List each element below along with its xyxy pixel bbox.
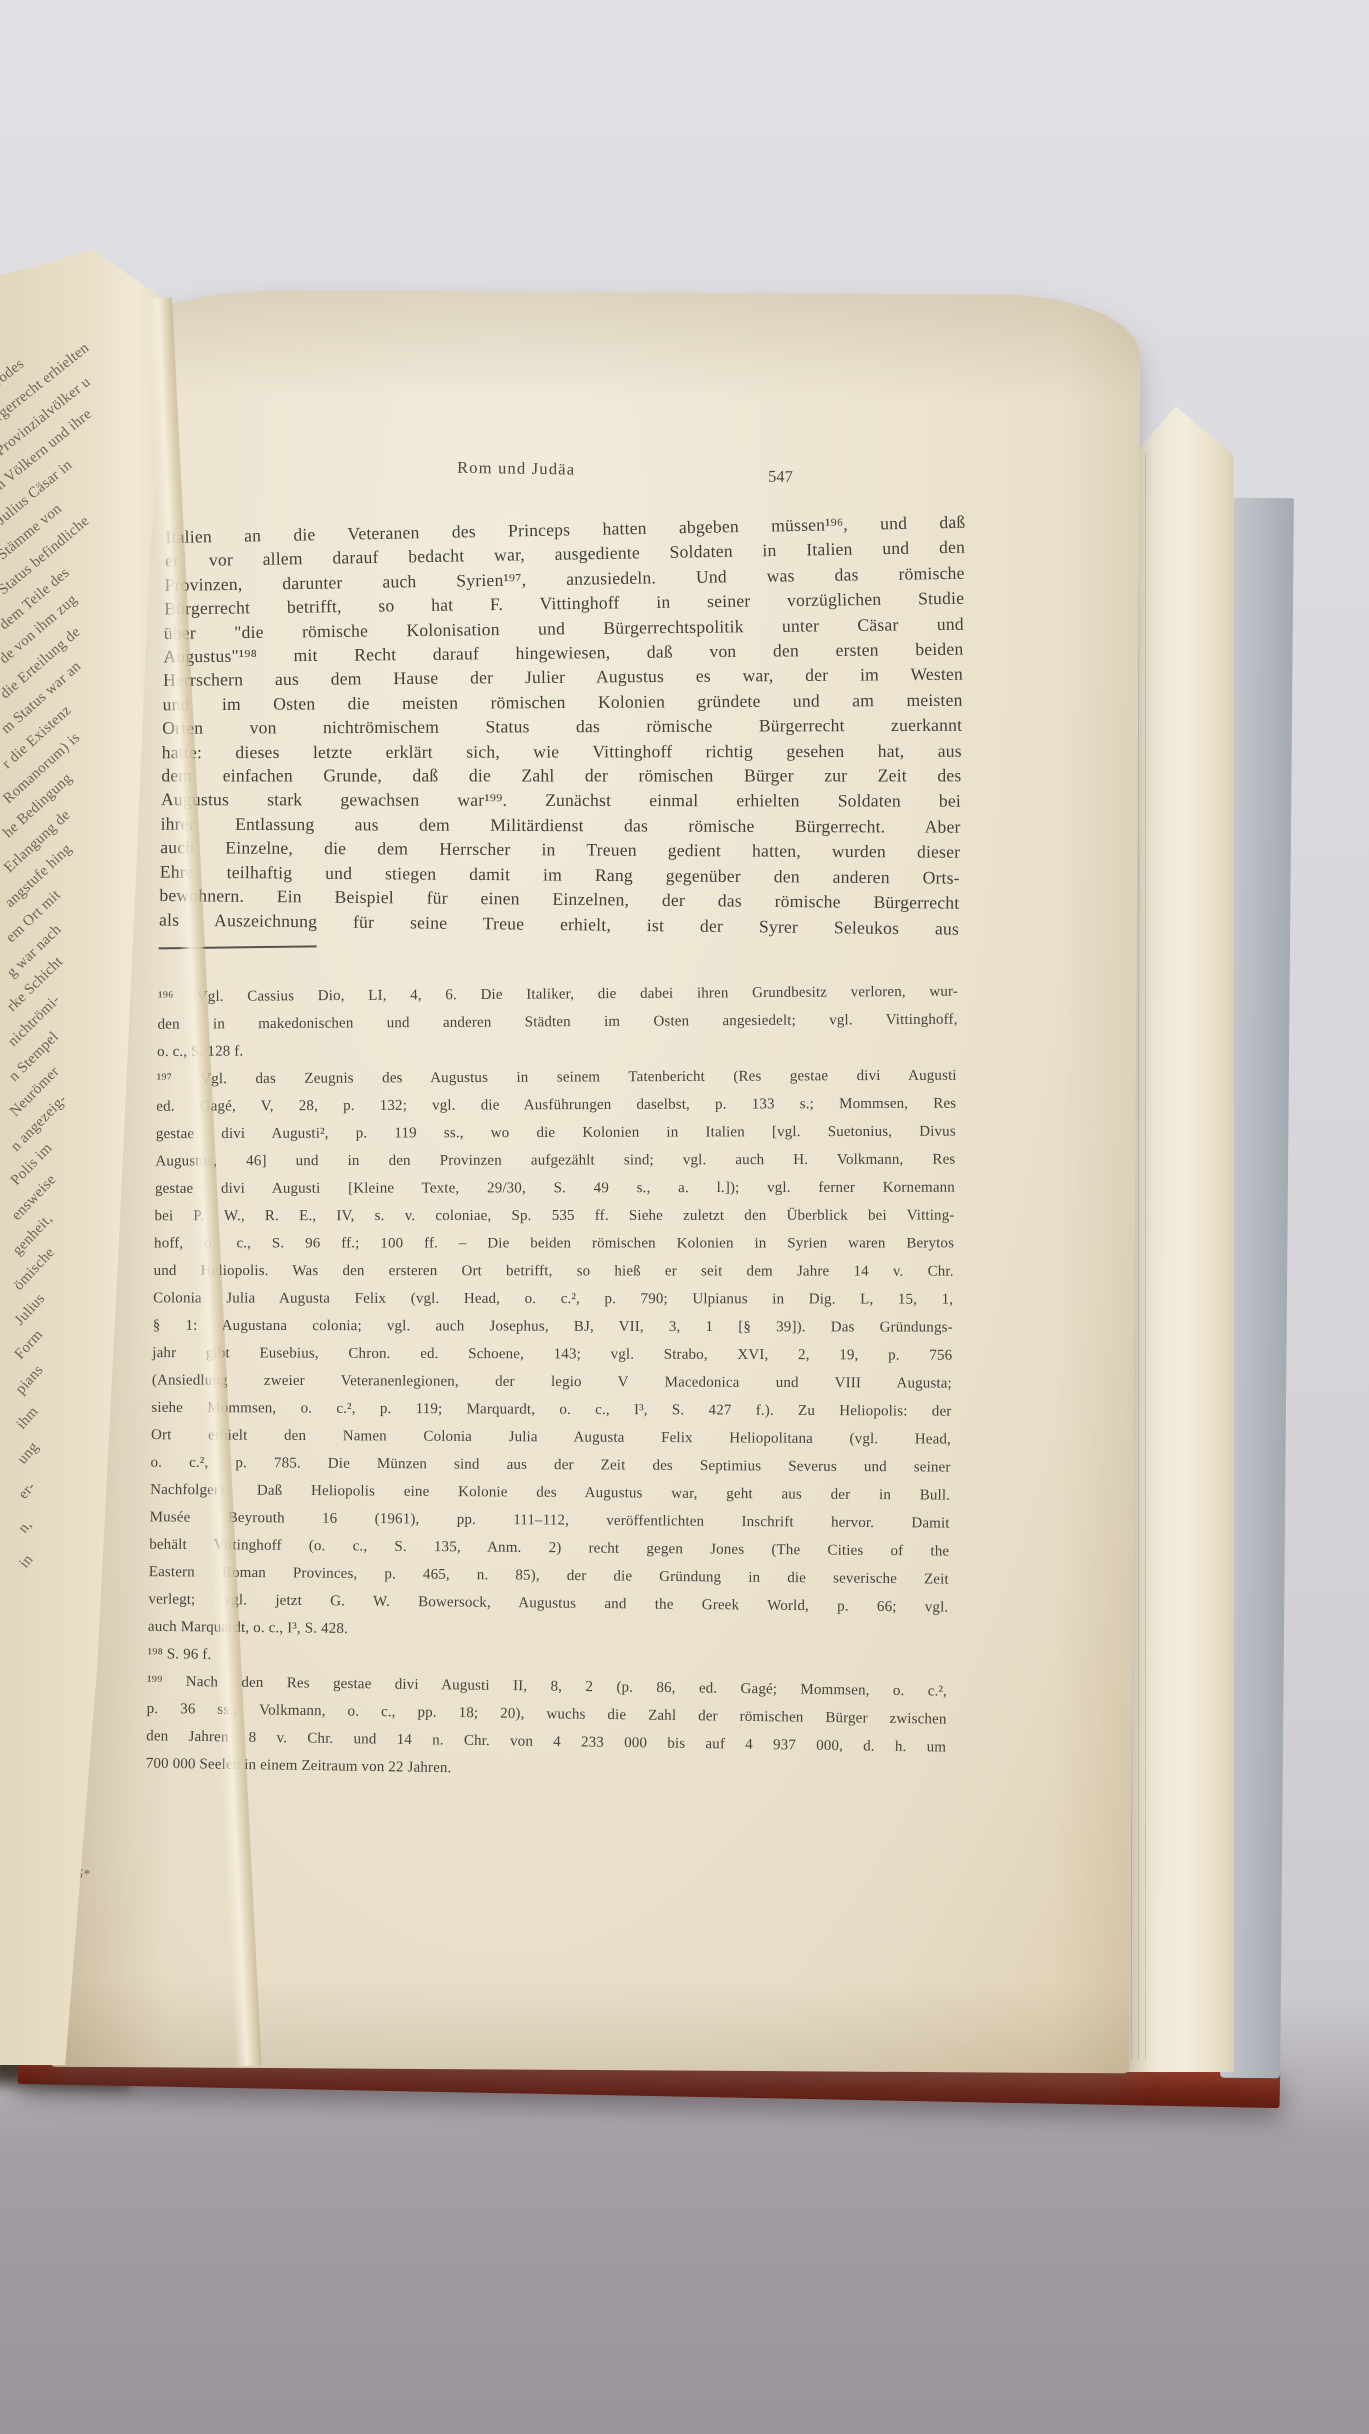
footnote-line: Colonia Julia Augusta Felix (vgl. Head, … <box>153 1284 953 1313</box>
footnote-line: und Heliopolis. Was den ersteren Ort bet… <box>154 1257 954 1286</box>
left-page-text-fragment: Form <box>12 1327 47 1363</box>
footnote-line: ed. Gagé, V, 28, p. 132; vgl. die Ausfüh… <box>156 1090 956 1121</box>
left-page-text-fragment: pians <box>13 1362 48 1398</box>
body-text: Italien an die Veteranen des Princeps ha… <box>159 497 966 941</box>
left-page-text-fragment: Julius <box>11 1290 48 1329</box>
footnote-line: § 1: Augustana colonia; vgl. auch Joseph… <box>153 1312 953 1342</box>
left-page-text-fragment: in <box>17 1552 38 1572</box>
page-number: 547 <box>768 467 793 487</box>
left-page-text-fragment: n, <box>16 1517 37 1537</box>
running-title: Rom und Judäa <box>376 456 656 480</box>
open-book: Rom und Judäa 547 Italien an die Veteran… <box>0 0 1369 2434</box>
left-page-text-fragment: ihm <box>14 1404 43 1433</box>
left-page-text-fragment: ung <box>14 1439 42 1468</box>
page-content: Rom und Judäa 547 Italien an die Veteran… <box>41 284 1149 2079</box>
footnote-line: ¹⁹⁷ Vgl. das Zeugnis des Augustus in sei… <box>157 1062 957 1094</box>
right-page: Rom und Judäa 547 Italien an die Veteran… <box>50 289 1141 2074</box>
footnote-line: Augustus, 46] und in den Provinzen aufge… <box>155 1146 955 1176</box>
footnote-separator-rule <box>159 945 317 949</box>
body-line: dem einfachen Grunde, daß die Zahl der r… <box>161 764 961 789</box>
footnote-line: gestae divi Augusti², p. 119 ss., wo die… <box>156 1118 956 1149</box>
book-photo-scene: { "document": { "type": "printed-book-pa… <box>0 0 1369 2434</box>
body-line: hatte: dieses letzte erklärt sich, wie V… <box>162 738 962 765</box>
footnote-line: hoff, o. c., S. 96 ff.; 100 ff. – Die be… <box>154 1230 954 1258</box>
footnote-line: bei P. W., R. E., IV, s. v. coloniae, Sp… <box>154 1202 954 1231</box>
footnote-line: (Ansiedlung zweier Veteranenlegionen, de… <box>152 1366 952 1397</box>
footnotes: ¹⁹⁶ Vgl. Cassius Dio, LI, 4, 6. Die Ital… <box>146 965 959 1789</box>
left-page-text-fragment: er- <box>15 1478 39 1502</box>
footnote-line: o. c., S. 128 f. <box>157 1034 957 1066</box>
footnote-line: jahr gibt Eusebius, Chron. ed. Schoene, … <box>152 1339 952 1370</box>
body-line: Orten von nichtrömischem Status das römi… <box>162 713 962 741</box>
body-line: Augustus stark gewachsen war¹⁹⁹. Zunächs… <box>161 788 961 815</box>
footnote-line: gestae divi Augusti [Kleine Texte, 29/30… <box>155 1174 955 1203</box>
